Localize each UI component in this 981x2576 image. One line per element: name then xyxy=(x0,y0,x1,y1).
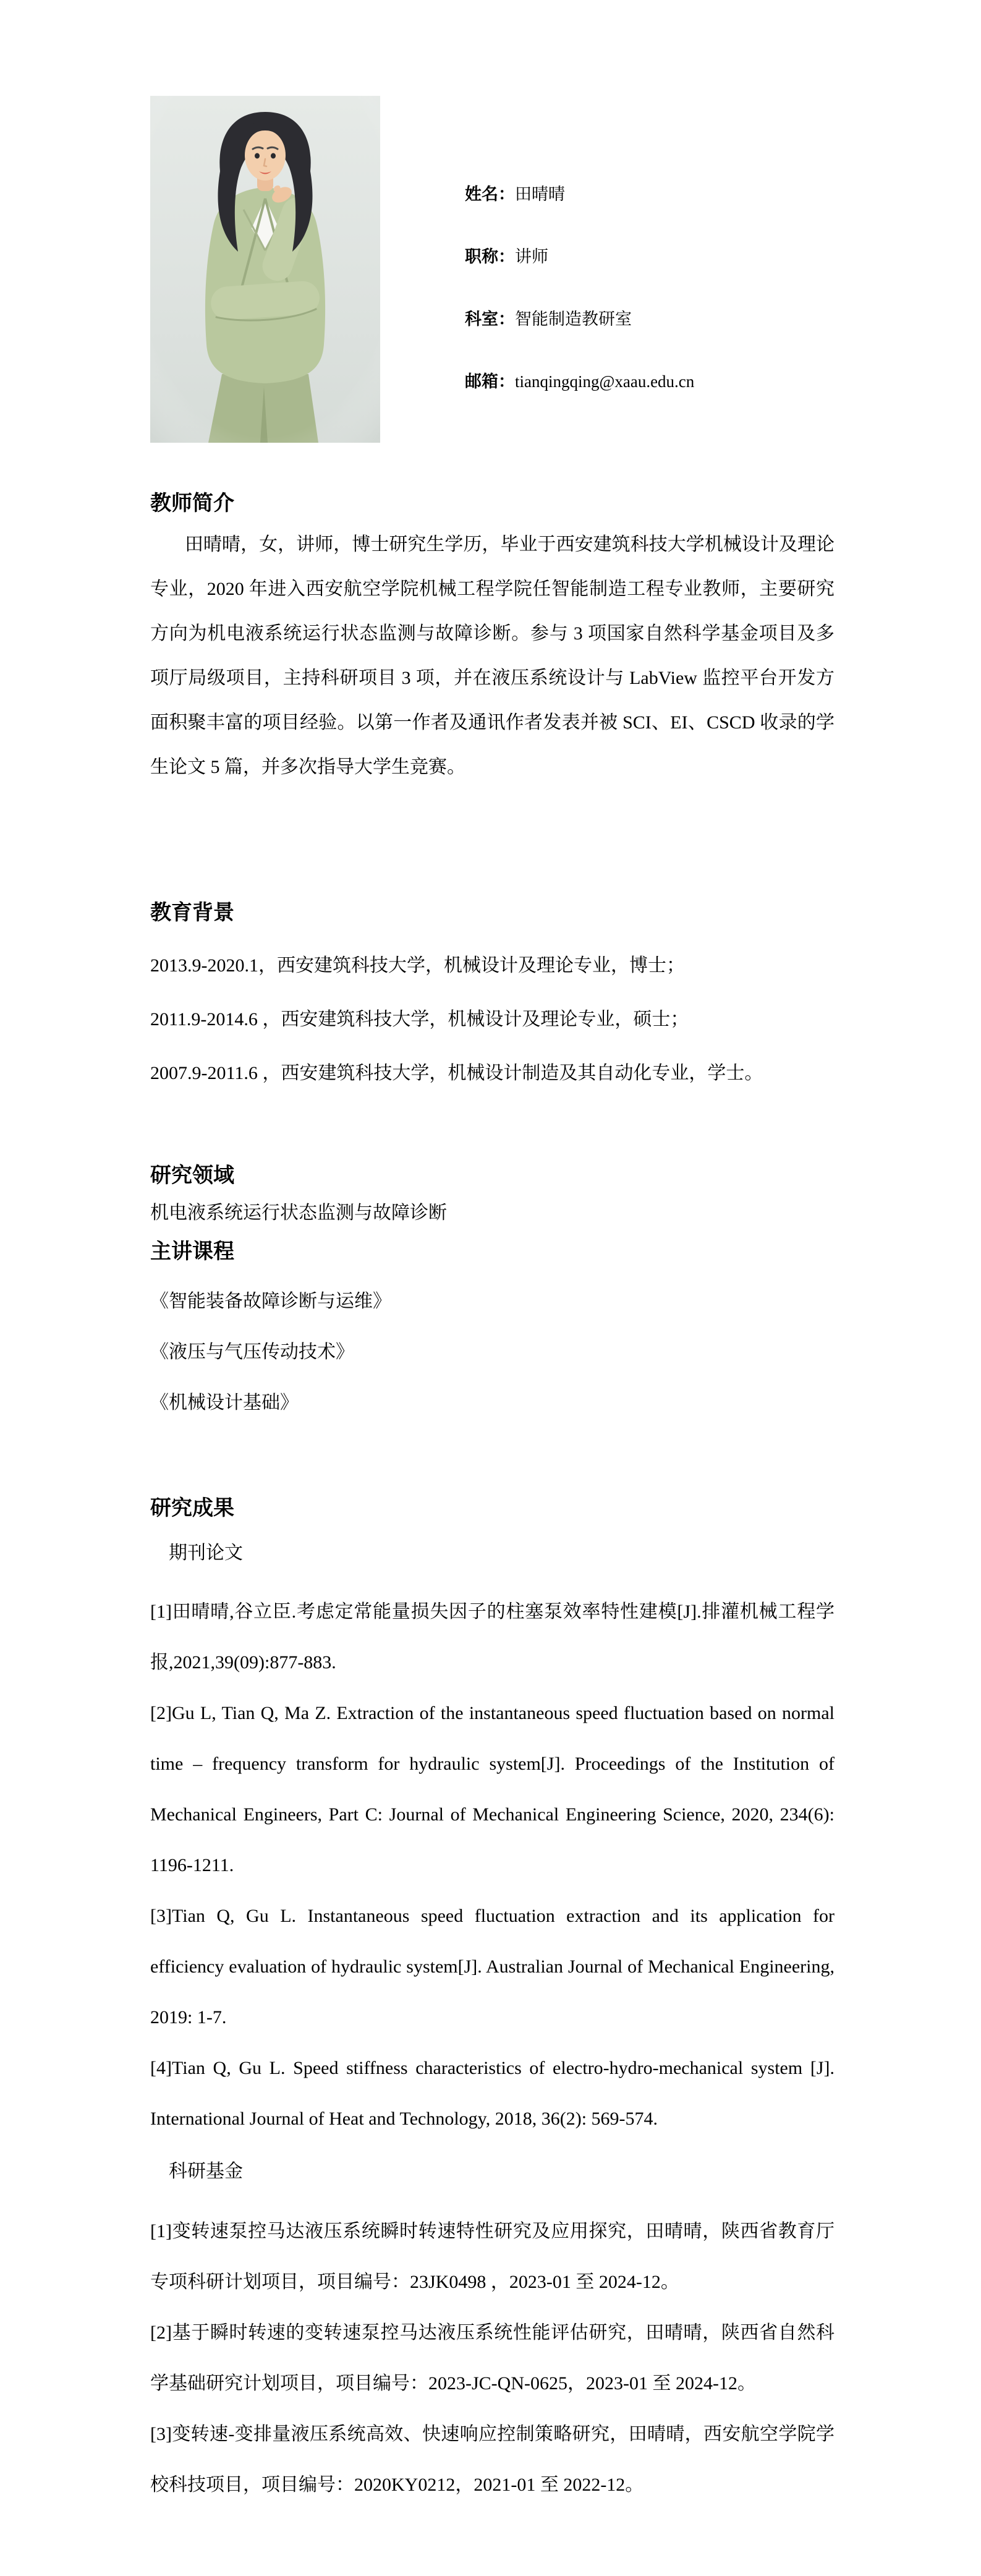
section-heading-research-field: 研究领域 xyxy=(150,1162,234,1190)
section-heading-courses: 主讲课程 xyxy=(150,1239,234,1266)
faculty-profile-page: 姓名：田晴晴 职称：讲师 科室：智能制造教研室 邮箱：tianqingqing@… xyxy=(0,0,981,2576)
journal-paper-list: [1]田晴晴,谷立臣.考虑定常能量损失因子的柱塞泵效率特性建模[J].排灌机械工… xyxy=(150,1587,834,2144)
journal-paper-item: [4]Tian Q, Gu L. Speed stiffness charact… xyxy=(150,2043,834,2144)
course-item: 《液压与气压传动技术》 xyxy=(150,1327,834,1378)
research-field-text: 机电液系统运行状态监测与故障诊断 xyxy=(150,1200,834,1227)
name-label: 姓名： xyxy=(465,185,515,203)
email-label: 邮箱： xyxy=(465,372,515,391)
email-value: tianqingqing@xaau.edu.cn xyxy=(515,372,694,391)
subheading-research-funds: 科研基金 xyxy=(169,2158,243,2185)
journal-paper-item: [3]Tian Q, Gu L. Instantaneous speed flu… xyxy=(150,1891,834,2043)
section-heading-education: 教育背景 xyxy=(150,900,234,927)
department-label: 科室： xyxy=(465,310,515,328)
education-item: 2011.9-2014.6 ，西安建筑科技大学，机械设计及理论专业，硕士； xyxy=(150,992,834,1046)
journal-paper-item: [1]田晴晴,谷立臣.考虑定常能量损失因子的柱塞泵效率特性建模[J].排灌机械工… xyxy=(150,1587,834,1688)
title-label: 职称： xyxy=(465,247,515,266)
profile-field-email: 邮箱：tianqingqing@xaau.edu.cn xyxy=(465,370,694,393)
profile-field-title: 职称：讲师 xyxy=(465,245,548,268)
education-list: 2013.9-2020.1，西安建筑科技大学，机械设计及理论专业，博士； 201… xyxy=(150,939,834,1100)
research-fund-item: [1]变转速泵控马达液压系统瞬时转速特性研究及应用探究，田晴晴，陕西省教育厅专项… xyxy=(150,2206,834,2308)
subheading-journal-papers: 期刊论文 xyxy=(169,1540,243,1567)
research-fund-item: [2]基于瞬时转速的变转速泵控马达液压系统性能评估研究，田晴晴，陕西省自然科学基… xyxy=(150,2308,834,2409)
teacher-photo xyxy=(150,96,380,443)
name-value: 田晴晴 xyxy=(515,185,565,203)
profile-field-name: 姓名：田晴晴 xyxy=(465,183,565,205)
journal-paper-item: [2]Gu L, Tian Q, Ma Z. Extraction of the… xyxy=(150,1688,834,1891)
course-list: 《智能装备故障诊断与运维》 《液压与气压传动技术》 《机械设计基础》 xyxy=(150,1276,834,1428)
course-item: 《智能装备故障诊断与运维》 xyxy=(150,1276,834,1327)
intro-paragraph: 田晴晴，女，讲师，博士研究生学历，毕业于西安建筑科技大学机械设计及理论专业，20… xyxy=(150,522,834,790)
research-fund-item: [3]变转速-变排量液压系统高效、快速响应控制策略研究，田晴晴，西安航空学院学校… xyxy=(150,2409,834,2510)
section-heading-intro: 教师简介 xyxy=(150,490,234,518)
research-fund-list: [1]变转速泵控马达液压系统瞬时转速特性研究及应用探究，田晴晴，陕西省教育厅专项… xyxy=(150,2206,834,2510)
profile-field-department: 科室：智能制造教研室 xyxy=(465,308,632,330)
section-heading-achievements: 研究成果 xyxy=(150,1495,234,1522)
education-item: 2013.9-2020.1，西安建筑科技大学，机械设计及理论专业，博士； xyxy=(150,939,834,992)
title-value: 讲师 xyxy=(515,247,548,266)
education-item: 2007.9-2011.6 ，西安建筑科技大学，机械设计制造及其自动化专业，学士… xyxy=(150,1046,834,1100)
department-value: 智能制造教研室 xyxy=(515,310,632,328)
teacher-photo-graphic xyxy=(150,96,380,443)
course-item: 《机械设计基础》 xyxy=(150,1378,834,1428)
